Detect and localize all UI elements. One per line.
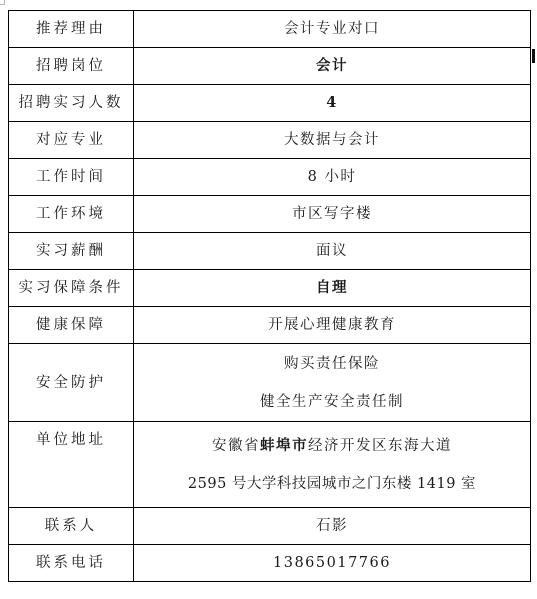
value-contact: 石影: [134, 508, 531, 545]
table-row-headcount: 招聘实习人数 4: [9, 85, 531, 122]
table-row-recommend-reason: 推荐理由 会计专业对口: [9, 11, 531, 48]
label-work-hours: 工作时间: [9, 159, 134, 196]
label-health: 健康保障: [9, 307, 134, 344]
value-recommend-reason: 会计专业对口: [134, 11, 531, 48]
table-row-safety: 安全防护 购买责任保险 健全生产安全责任制: [9, 344, 531, 422]
value-headcount: 4: [134, 85, 531, 122]
table-row-work-environment: 工作环境 市区写字楼: [9, 196, 531, 233]
table-row-contact: 联系人 石影: [9, 508, 531, 545]
table-row-address: 单位地址 安徽省蚌埠市经济开发区东海大道 2595 号大学科技园城市之门东楼 1…: [9, 422, 531, 508]
text-cursor: [532, 49, 535, 63]
label-contact: 联系人: [9, 508, 134, 545]
table-row-work-hours: 工作时间 8 小时: [9, 159, 531, 196]
value-support-conditions: 自理: [134, 270, 531, 307]
label-position: 招聘岗位: [9, 48, 134, 85]
label-recommend-reason: 推荐理由: [9, 11, 134, 48]
label-address: 单位地址: [9, 422, 134, 508]
address-line-2: 2595 号大学科技园城市之门东楼 1419 室: [134, 474, 530, 494]
table-row-salary: 实习薪酬 面议: [9, 233, 531, 270]
label-safety: 安全防护: [9, 344, 134, 422]
label-headcount: 招聘实习人数: [9, 85, 134, 122]
address-city: 蚌埠市: [260, 437, 308, 454]
table-row-health: 健康保障 开展心理健康教育: [9, 307, 531, 344]
page-corner-mark: [0, 0, 5, 5]
table-row-phone: 联系电话 13865017766: [9, 545, 531, 582]
value-safety: 购买责任保险 健全生产安全责任制: [134, 344, 531, 422]
value-work-hours: 8 小时: [134, 159, 531, 196]
label-phone: 联系电话: [9, 545, 134, 582]
address-line-1: 安徽省蚌埠市经济开发区东海大道: [134, 436, 530, 456]
address-province: 安徽省: [212, 438, 260, 454]
value-phone: 13865017766: [134, 545, 531, 582]
safety-line-2: 健全生产安全责任制: [134, 392, 530, 412]
value-health: 开展心理健康教育: [134, 307, 531, 344]
table-row-support-conditions: 实习保障条件 自理: [9, 270, 531, 307]
label-work-environment: 工作环境: [9, 196, 134, 233]
label-salary: 实习薪酬: [9, 233, 134, 270]
internship-info-table: 推荐理由 会计专业对口 招聘岗位 会计 招聘实习人数 4 对应专业 大数据与会计…: [8, 10, 531, 582]
value-major: 大数据与会计: [134, 122, 531, 159]
value-position: 会计: [134, 48, 531, 85]
address-district: 经济开发区东海大道: [308, 438, 452, 454]
value-work-environment: 市区写字楼: [134, 196, 531, 233]
value-salary: 面议: [134, 233, 531, 270]
safety-line-1: 购买责任保险: [134, 354, 530, 374]
value-address: 安徽省蚌埠市经济开发区东海大道 2595 号大学科技园城市之门东楼 1419 室: [134, 422, 531, 508]
table-row-position: 招聘岗位 会计: [9, 48, 531, 85]
label-support-conditions: 实习保障条件: [9, 270, 134, 307]
table-row-major: 对应专业 大数据与会计: [9, 122, 531, 159]
label-major: 对应专业: [9, 122, 134, 159]
